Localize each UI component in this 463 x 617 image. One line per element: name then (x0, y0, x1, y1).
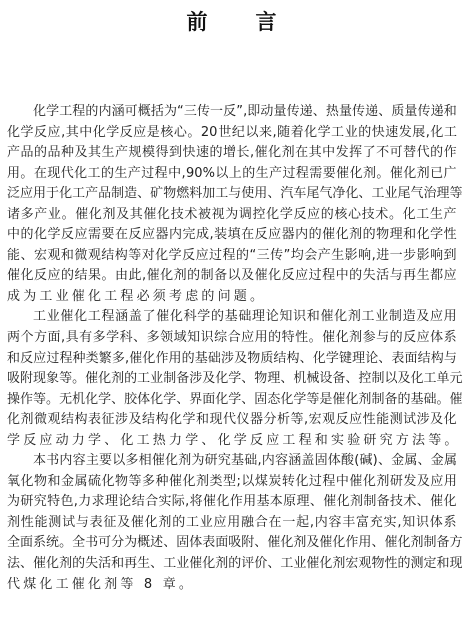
text-line: 成为工业催化工程必须考虑的问题。 (7, 287, 457, 308)
text-line: 能、宏观和微观结构等对化学反应过程的“三传”均会产生影响,进一步影响到 (7, 246, 457, 267)
text-line: 化剂微观结构表征涉及结构化学和现代仪器分析等,宏观反应性能测试涉及化 (7, 410, 457, 431)
text-line: 为研究特色,力求理论结合实际,将催化作用基本原理、催化剂制备技术、催化 (7, 492, 457, 513)
text-line: 化学反应,其中化学反应是核心。20 世纪以来,随着化学工业的快速发展,化工 (7, 123, 457, 144)
text-line: 吸附现象等。催化剂的工业制备涉及化学、物理、机械设备、控制以及化工单元 (7, 369, 457, 390)
preface-body: 化学工程的内涵可概括为“三传一反”,即动量传递、热量传递、质量传递和化学反应,其… (7, 102, 457, 595)
text-line: 泛应用于化工产品制造、矿物燃料加工与使用、汽车尾气净化、工业尾气治理等 (7, 184, 457, 205)
paragraph: 本书内容主要以多相催化剂为研究基础,内容涵盖固体酸(碱)、金属、金属氧化物和金属… (7, 451, 457, 595)
text-line: 产品的品种及其生产规模得到快速的增长,催化剂在其中发挥了不可替代的作 (7, 143, 457, 164)
text-line: 用。在现代化工的生产过程中,90%以上的生产过程需要催化剂。催化剂已广 (7, 164, 457, 185)
text-line: 和反应过程种类繁多,催化作用的基础涉及物质结构、化学键理论、表面结构与 (7, 349, 457, 370)
paragraph: 化学工程的内涵可概括为“三传一反”,即动量传递、热量传递、质量传递和化学反应,其… (7, 102, 457, 307)
text-line: 全面系统。全书可分为概述、固体表面吸附、催化剂及催化作用、催化剂制备方 (7, 533, 457, 554)
paragraph: 工业催化工程涵盖了催化科学的基础理论知识和催化剂工业制造及应用两个方面,具有多学… (7, 307, 457, 451)
text-line: 中的化学反应需要在反应器内完成,装填在反应器内的催化剂的物理和化学性 (7, 225, 457, 246)
text-line: 氧化物和金属硫化物等多种催化剂类型;以煤炭转化过程中催化剂研发及应用 (7, 472, 457, 493)
text-line: 工业催化工程涵盖了催化科学的基础理论知识和催化剂工业制造及应用 (7, 307, 457, 328)
title-char-2: 言 (256, 6, 277, 36)
page-title: 前言 (0, 6, 463, 36)
text-line: 诸多产业。催化剂及其催化技术被视为调控化学反应的核心技术。化工生产 (7, 205, 457, 226)
text-line: 操作等。无机化学、胶体化学、界面化学、固态化学等是催化剂制备的基础。催 (7, 390, 457, 411)
text-line: 学反应动力学、化工热力学、化学反应工程和实验研究方法等。 (7, 431, 457, 452)
text-line: 化学工程的内涵可概括为“三传一反”,即动量传递、热量传递、质量传递和 (7, 102, 457, 123)
text-line: 本书内容主要以多相催化剂为研究基础,内容涵盖固体酸(碱)、金属、金属 (7, 451, 457, 472)
text-line: 剂性能测试与表征及催化剂的工业应用融合在一起,内容丰富充实,知识体系 (7, 513, 457, 534)
text-line: 两个方面,具有多学科、多领域知识综合应用的特性。催化剂参与的反应体系 (7, 328, 457, 349)
text-line: 催化反应的结果。由此,催化剂的制备以及催化反应过程中的失活与再生都应 (7, 266, 457, 287)
title-char-1: 前 (187, 6, 208, 36)
text-line: 代煤化工催化剂等 8 章。 (7, 575, 457, 596)
text-line: 法、催化剂的失活和再生、工业催化剂的评价、工业催化剂宏观物性的测定和现 (7, 554, 457, 575)
